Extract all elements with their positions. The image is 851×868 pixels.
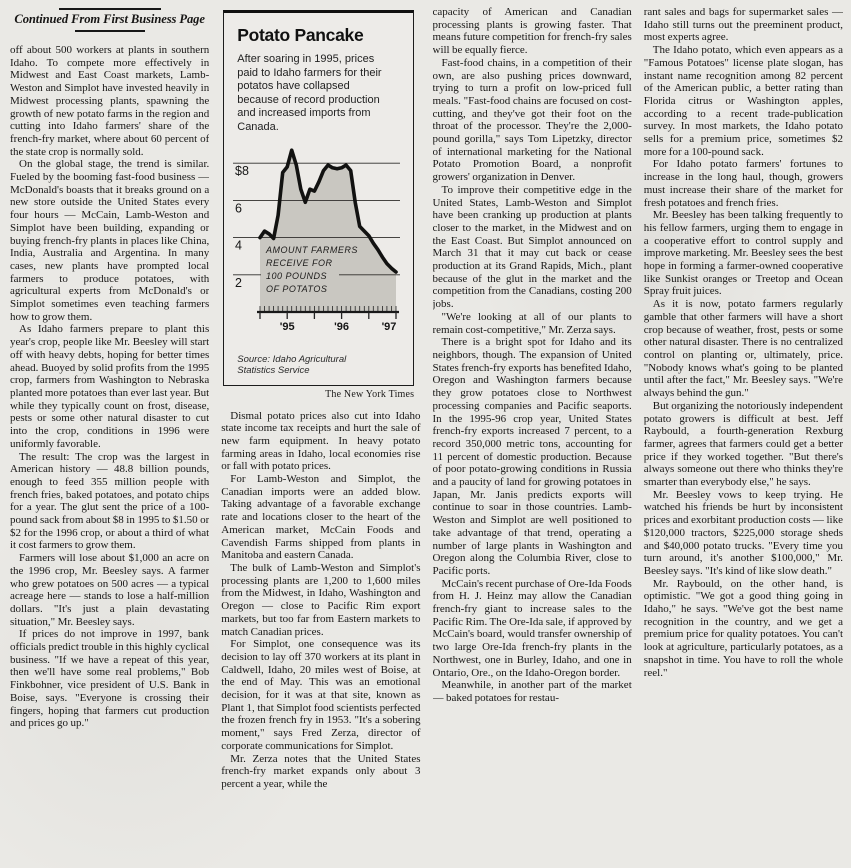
column-4-text: rant sales and bags for supermarket sale… (644, 6, 843, 679)
x-axis-year-label: '97 (382, 321, 397, 333)
potato-price-line-chart: $8642AMOUNT FARMERSRECEIVE FOR100 POUNDS… (233, 143, 400, 350)
chart-annotation-line: 100 POUNDS (266, 271, 327, 281)
column-3: capacity of American and Canadian proces… (433, 6, 632, 868)
article-paragraph: The Idaho potato, which even appears as … (644, 44, 843, 158)
y-axis-label: 4 (235, 238, 242, 252)
header-rule-top (59, 8, 161, 10)
column-2: Potato Pancake After soaring in 1995, pr… (221, 6, 420, 868)
article-paragraph: McCain's recent purchase of Ore-Ida Food… (433, 578, 632, 680)
article-paragraph: The bulk of Lamb-Weston and Simplot's pr… (221, 562, 420, 638)
article-paragraph: Mr. Raybould, on the other hand, is opti… (644, 578, 843, 680)
article-paragraph: Farmers will lose about $1,000 an acre o… (10, 552, 209, 628)
article-paragraph: capacity of American and Canadian proces… (433, 6, 632, 57)
newspaper-page: Continued From First Business Page off a… (0, 0, 851, 868)
chart-annotation-line: AMOUNT FARMERS (265, 245, 358, 255)
header-rule-bottom (75, 30, 145, 32)
chart-annotation-line: RECEIVE FOR (266, 258, 333, 268)
chart-title: Potato Pancake (237, 25, 402, 46)
article-paragraph: off about 500 workers at plants in south… (10, 44, 209, 158)
column-2-text: Dismal potato prices also cut into Idaho… (221, 410, 420, 791)
article-paragraph: Mr. Zerza notes that the United States f… (221, 753, 420, 791)
article-paragraph: Dismal potato prices also cut into Idaho… (221, 410, 420, 474)
article-paragraph: "We're looking at all of our plants to r… (433, 311, 632, 336)
article-paragraph: But organizing the notoriously independe… (644, 400, 843, 489)
chart-intro-text: After soaring in 1995, prices paid to Id… (237, 53, 391, 135)
article-paragraph: Mr. Beesley has been talking frequently … (644, 209, 843, 298)
article-paragraph: If prices do not improve in 1997, bank o… (10, 628, 209, 730)
x-axis-year-label: '95 (280, 321, 295, 333)
chart-annotation-line: OF POTATOS (266, 284, 327, 294)
article-paragraph: For Idaho potato farmers' fortunes to in… (644, 158, 843, 209)
y-axis-label: 6 (235, 201, 242, 215)
continued-from-text: Continued From First Business Page (10, 12, 209, 27)
article-paragraph: As Idaho farmers prepare to plant this y… (10, 323, 209, 450)
article-paragraph: There is a bright spot for Idaho and its… (433, 336, 632, 577)
article-paragraph: The result: The crop was the largest in … (10, 451, 209, 553)
column-1: Continued From First Business Page off a… (10, 6, 209, 868)
article-paragraph: As it is now, potato farmers regularly g… (644, 298, 843, 400)
nyt-credit: The New York Times (221, 389, 414, 400)
column-3-text: capacity of American and Canadian proces… (433, 6, 632, 705)
y-axis-label: 2 (235, 275, 242, 289)
chart-source: Source: Idaho Agricultural Statistics Se… (237, 354, 377, 377)
article-paragraph: For Simplot, one consequence was its dec… (221, 638, 420, 752)
y-axis-label: $8 (235, 164, 249, 178)
continued-from-header: Continued From First Business Page (10, 8, 209, 32)
article-paragraph: To improve their competitive edge in the… (433, 184, 632, 311)
article-paragraph: rant sales and bags for supermarket sale… (644, 6, 843, 44)
article-paragraph: For Lamb-Weston and Simplot, the Canadia… (221, 473, 420, 562)
article-paragraph: Mr. Beesley vows to keep trying. He watc… (644, 489, 843, 578)
column-4: rant sales and bags for supermarket sale… (644, 6, 843, 868)
x-axis-year-label: '96 (334, 321, 349, 333)
column-layout: Continued From First Business Page off a… (10, 6, 843, 868)
article-paragraph: On the global stage, the trend is simila… (10, 158, 209, 323)
article-paragraph: Meanwhile, in another part of the market… (433, 679, 632, 704)
column-1-text: off about 500 workers at plants in south… (10, 44, 209, 730)
potato-pancake-chart-box: Potato Pancake After soaring in 1995, pr… (223, 10, 414, 386)
article-paragraph: Fast-food chains, in a competition of th… (433, 57, 632, 184)
